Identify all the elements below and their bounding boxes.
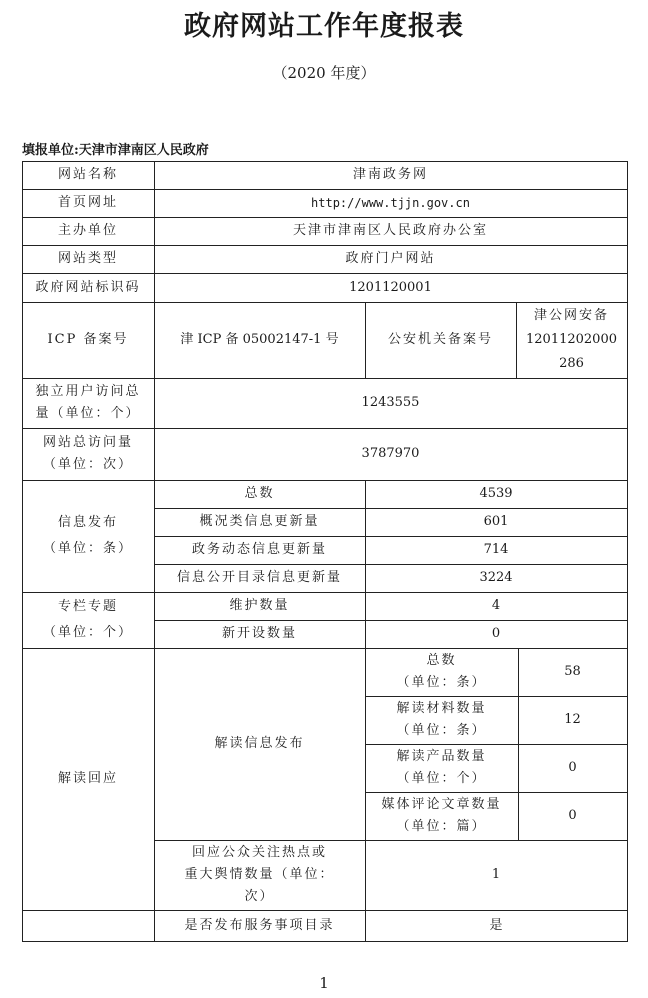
info-overview-value: 601 bbox=[365, 508, 627, 536]
unique-visitors-label: 独立用户访问总 量（单位：个） bbox=[22, 378, 154, 428]
interp-products-value: 0 bbox=[518, 744, 627, 792]
interp-products-label-line1: 解读产品数量 bbox=[396, 746, 486, 768]
columns-label-line2: （单位：个） bbox=[43, 620, 133, 646]
columns-label-line1: 专栏专题 bbox=[58, 594, 118, 620]
document-subtitle: （2020 年度） bbox=[0, 62, 648, 83]
unique-visitors-value: 1243555 bbox=[154, 378, 627, 428]
service-catalog-empty bbox=[22, 910, 154, 941]
police-record-line3: 286 bbox=[559, 352, 584, 376]
columns-label: 专栏专题 （单位：个） bbox=[22, 592, 154, 648]
unique-visitors-label-line1: 独立用户访问总 bbox=[35, 381, 140, 403]
host-unit-value: 天津市津南区人民政府办公室 bbox=[154, 217, 627, 245]
interp-products-label: 解读产品数量 （单位：个） bbox=[365, 744, 518, 792]
interpretation-label: 解读回应 bbox=[22, 648, 154, 910]
icp-label: ICP 备案号 bbox=[22, 302, 154, 378]
homepage-url-value[interactable]: http://www.tjjn.gov.cn bbox=[154, 189, 627, 217]
interp-total-label-line1: 总数 bbox=[426, 650, 456, 672]
info-total-label: 总数 bbox=[154, 480, 365, 508]
site-type-label: 网站类型 bbox=[22, 245, 154, 273]
total-visits-label: 网站总访问量 （单位：次） bbox=[22, 428, 154, 480]
interp-total-value: 58 bbox=[518, 648, 627, 696]
info-publish-label-line1: 信息发布 bbox=[58, 510, 118, 536]
interp-materials-label-line1: 解读材料数量 bbox=[396, 698, 486, 720]
response-label-line2: 重大舆情数量（单位： bbox=[184, 864, 334, 886]
homepage-url-label: 首页网址 bbox=[22, 189, 154, 217]
filler-unit: 填报单位:天津市津南区人民政府 bbox=[22, 139, 209, 158]
interp-media-label-line2: （单位：篇） bbox=[396, 816, 486, 838]
info-publish-label-line2: （单位：条） bbox=[43, 536, 133, 562]
interp-total-label: 总数 （单位：条） bbox=[365, 648, 518, 696]
info-disclosure-label: 信息公开目录信息更新量 bbox=[154, 564, 365, 592]
interp-media-value: 0 bbox=[518, 792, 627, 840]
interp-products-label-line2: （单位：个） bbox=[396, 768, 486, 790]
site-id-code-value: 1201120001 bbox=[154, 273, 627, 302]
total-visits-label-line2: （单位：次） bbox=[43, 454, 133, 476]
columns-new-value: 0 bbox=[365, 620, 627, 648]
total-visits-label-line1: 网站总访问量 bbox=[43, 432, 133, 454]
response-label-line1: 回应公众关注热点或 bbox=[192, 842, 327, 864]
info-overview-label: 概况类信息更新量 bbox=[154, 508, 365, 536]
police-record-value: 津公网安备 12011202000 286 bbox=[516, 302, 627, 378]
page-number: 1 bbox=[0, 974, 648, 992]
total-visits-value: 3787970 bbox=[154, 428, 627, 480]
interp-materials-label: 解读材料数量 （单位：条） bbox=[365, 696, 518, 744]
info-publish-label: 信息发布 （单位：条） bbox=[22, 480, 154, 592]
service-catalog-label: 是否发布服务事项目录 bbox=[154, 910, 365, 941]
site-id-code-label: 政府网站标识码 bbox=[22, 273, 154, 302]
info-total-value: 4539 bbox=[365, 480, 627, 508]
info-news-value: 714 bbox=[365, 536, 627, 564]
info-news-label: 政务动态信息更新量 bbox=[154, 536, 365, 564]
unique-visitors-label-line2: 量（单位：个） bbox=[35, 403, 140, 425]
icp-value: 津 ICP 备 05002147-1 号 bbox=[154, 302, 365, 378]
interp-materials-value: 12 bbox=[518, 696, 627, 744]
police-record-label: 公安机关备案号 bbox=[365, 302, 516, 378]
response-label-line3: 次） bbox=[244, 886, 274, 908]
interp-total-label-line2: （单位：条） bbox=[396, 672, 486, 694]
police-record-line1: 津公网安备 bbox=[534, 304, 609, 328]
columns-maintained-label: 维护数量 bbox=[154, 592, 365, 620]
document-title: 政府网站工作年度报表 bbox=[0, 4, 648, 43]
response-value: 1 bbox=[365, 840, 627, 910]
interp-media-label-line1: 媒体评论文章数量 bbox=[381, 794, 501, 816]
service-catalog-value: 是 bbox=[365, 910, 627, 941]
interpretation-publish-label: 解读信息发布 bbox=[154, 648, 365, 840]
host-unit-label: 主办单位 bbox=[22, 217, 154, 245]
site-name-value: 津南政务网 bbox=[154, 161, 627, 189]
columns-new-label: 新开设数量 bbox=[154, 620, 365, 648]
columns-maintained-value: 4 bbox=[365, 592, 627, 620]
response-label: 回应公众关注热点或 重大舆情数量（单位： 次） bbox=[154, 840, 365, 910]
police-record-line2: 12011202000 bbox=[526, 328, 617, 352]
info-disclosure-value: 3224 bbox=[365, 564, 627, 592]
site-type-value: 政府门户网站 bbox=[154, 245, 627, 273]
interp-media-label: 媒体评论文章数量 （单位：篇） bbox=[365, 792, 518, 840]
site-name-label: 网站名称 bbox=[22, 161, 154, 189]
interp-materials-label-line2: （单位：条） bbox=[396, 720, 486, 742]
